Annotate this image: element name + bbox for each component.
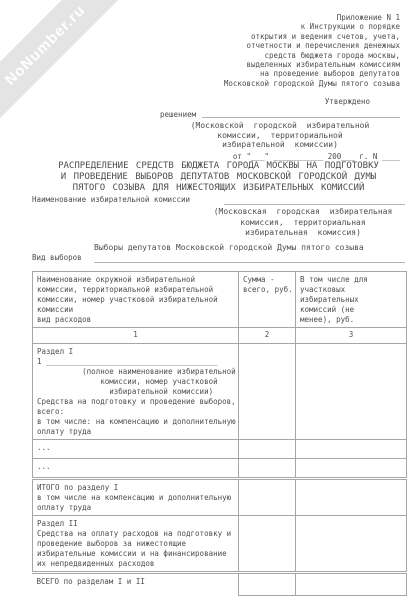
section2-description-cell: Раздел II Средства на оплату расходов на… (33, 516, 239, 573)
approval-org-note-line: избирательной комиссии) (160, 140, 400, 150)
commission-name-note: (Московская городская избирательная коми… (198, 207, 408, 239)
col-number-1: 1 (33, 328, 239, 344)
ellipsis-cell: ... (33, 459, 239, 479)
col-number-2: 2 (239, 328, 296, 344)
ellipsis-row-2: ... (33, 459, 407, 479)
distribution-table: Наименование окружной избирательной коми… (32, 271, 407, 596)
title-line: И ПРОВЕДЕНИЕ ВЫБОРОВ ДЕПУТАТОВ МОСКОВСКО… (32, 172, 405, 183)
sum-cell (239, 440, 296, 459)
section1-total-row: ИТОГО по разделу I в том числе на компен… (33, 479, 407, 516)
ellipsis-row-1: ... (33, 440, 407, 459)
share-cell (296, 516, 407, 573)
col-header-total-sum: Сумма - всего, руб. (239, 272, 296, 328)
approved-label: Утверждено (160, 95, 400, 108)
election-type-fill-line (94, 253, 405, 263)
section1-share-cell (296, 344, 407, 440)
decision-row: решением (160, 108, 400, 121)
appendix-line: на проведение выборов депутатов (195, 69, 400, 78)
election-type-row: Вид выборов (32, 253, 405, 263)
commission-name-fill-line (224, 195, 405, 205)
share-cell (296, 440, 407, 459)
election-type-value: Выборы депутатов Московской городской Ду… (94, 243, 364, 253)
column-number-row: 1 2 3 (33, 328, 407, 344)
grand-total-label-cell: ВСЕГО по разделам I и II (33, 573, 239, 596)
commission-note-line: комиссия, территориальная (198, 218, 408, 229)
decision-fill-line (202, 108, 400, 118)
col-header-precinct-share: В том числе для участковых избирательных… (296, 272, 407, 328)
section1-description-cell: Раздел I 1 _____________________________… (33, 344, 239, 440)
approval-org-note-line: (Московской городской избирательной (160, 121, 400, 131)
grand-total-row: ВСЕГО по разделам I и II (33, 573, 407, 596)
title-line: ПЯТОГО СОЗЫВА ДЛЯ НИЖЕСТОЯЩИХ ИЗБИРАТЕЛЬ… (32, 183, 405, 194)
document-title: РАСПРЕДЕЛЕНИЕ СРЕДСТВ БЮДЖЕТА ГОРОДА МОС… (32, 161, 405, 194)
section1-row: Раздел I 1 _____________________________… (33, 344, 407, 440)
ellipsis-cell: ... (33, 440, 239, 459)
document-content: Приложение N 1 к Инструкции о порядке от… (0, 0, 420, 600)
appendix-line: открытия и ведения счетов, учета, (195, 32, 400, 41)
approval-block: Утверждено решением (Московской городско… (160, 95, 400, 162)
col-number-3: 3 (296, 328, 407, 344)
appendix-line: Московской городской Думы пятого созыва (195, 79, 400, 88)
section1-total-label-cell: ИТОГО по разделу I в том числе на компен… (33, 479, 239, 516)
section1-sum-cell (239, 344, 296, 440)
grand-total-sum-cell (239, 573, 296, 596)
share-cell (296, 479, 407, 516)
col-header-expense-name: Наименование окружной избирательной коми… (33, 272, 239, 328)
decision-label: решением (160, 108, 196, 121)
appendix-line: к Инструкции о порядке (195, 22, 400, 31)
commission-name-label: Наименование избирательной комиссии (32, 195, 190, 205)
commission-name-row: Наименование избирательной комиссии (32, 195, 405, 205)
title-line: РАСПРЕДЕЛЕНИЕ СРЕДСТВ БЮДЖЕТА ГОРОДА МОС… (32, 161, 405, 172)
appendix-line: Приложение N 1 (195, 13, 400, 22)
appendix-header-block: Приложение N 1 к Инструкции о порядке от… (195, 13, 400, 88)
approval-org-note-line: комиссии, территориальной (160, 131, 400, 141)
section2-row: Раздел II Средства на оплату расходов на… (33, 516, 407, 573)
sum-cell (239, 516, 296, 573)
commission-note-line: (Московская городская избирательная (198, 207, 408, 218)
document-page: NoNumber.ru Приложение N 1 к Инструкции … (0, 0, 420, 600)
sum-cell (239, 459, 296, 479)
share-cell (296, 459, 407, 479)
appendix-line: выделенных избирательным комиссиям (195, 60, 400, 69)
grand-total-share-cell (296, 573, 407, 596)
sum-cell (239, 479, 296, 516)
commission-note-line: избирательная комиссия) (198, 228, 408, 239)
appendix-line: средств бюджета города москвы, (195, 51, 400, 60)
table-header-row: Наименование окружной избирательной коми… (33, 272, 407, 328)
appendix-line: отчетности и перечисления денежных (195, 41, 400, 50)
election-type-label: Вид выборов (32, 253, 82, 263)
